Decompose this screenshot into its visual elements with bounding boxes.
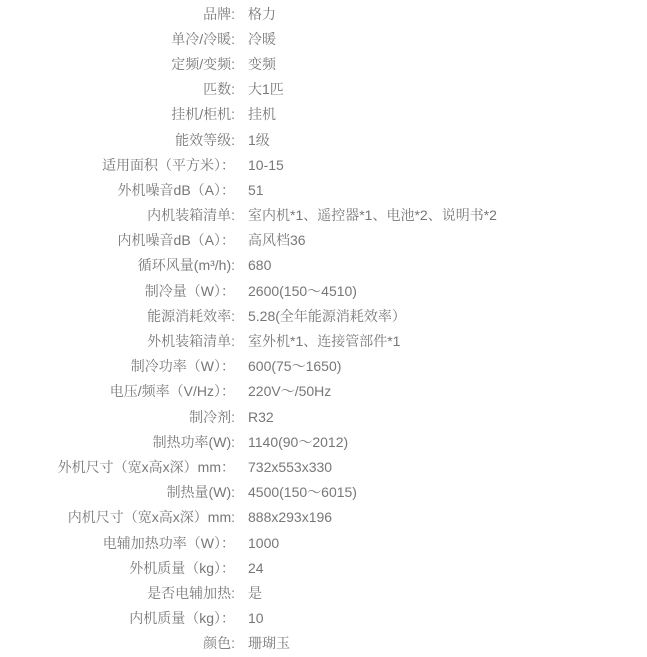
spec-value: 10-15 xyxy=(248,157,284,173)
spec-row-air-circulation: 循环风量(m³/h): 680 xyxy=(0,253,647,278)
spec-row-brand: 品牌: 格力 xyxy=(0,1,647,26)
spec-value: 732x553x330 xyxy=(248,459,332,475)
spec-row-has-auxiliary-heating: 是否电辅加热: 是 xyxy=(0,580,647,605)
spec-row-indoor-noise: 内机噪音dB（A）： 高风档36 xyxy=(0,228,647,253)
spec-row-cooling-heating-type: 单冷/冷暖: 冷暖 xyxy=(0,26,647,51)
spec-row-horsepower: 匹数: 大1匹 xyxy=(0,77,647,102)
spec-value: 冷暖 xyxy=(248,29,276,49)
spec-row-auxiliary-heating-power: 电辅加热功率（W）： 1000 xyxy=(0,530,647,555)
spec-row-indoor-packing-list: 内机装箱清单: 室内机*1、遥控器*1、电池*2、说明书*2 xyxy=(0,203,647,228)
spec-row-energy-rating: 能效等级: 1级 xyxy=(0,127,647,152)
spec-label: 定频/变频: xyxy=(0,54,235,74)
spec-value: 格力 xyxy=(248,4,276,24)
spec-row-outdoor-dimensions: 外机尺寸（宽x高x深）mm： 732x553x330 xyxy=(0,454,647,479)
spec-value: 5.28(全年能源消耗效率） xyxy=(248,306,406,326)
spec-row-outdoor-packing-list: 外机装箱清单: 室外机*1、连接管部件*1 xyxy=(0,328,647,353)
spec-row-refrigerant: 制冷剂: R32 xyxy=(0,404,647,429)
spec-value: 大1匹 xyxy=(248,79,284,99)
spec-value: 高风档36 xyxy=(248,230,306,250)
spec-label: 是否电辅加热: xyxy=(0,583,235,603)
spec-label: 制冷量（W）： xyxy=(0,281,235,301)
spec-value: 1000 xyxy=(248,535,279,551)
spec-value: R32 xyxy=(248,409,274,425)
spec-value: 室内机*1、遥控器*1、电池*2、说明书*2 xyxy=(248,205,497,225)
spec-value: 600(75～1650) xyxy=(248,356,341,376)
spec-label: 外机噪音dB（A）： xyxy=(0,180,235,200)
spec-label: 内机质量（kg）： xyxy=(0,608,235,628)
spec-row-energy-efficiency: 能源消耗效率: 5.28(全年能源消耗效率） xyxy=(0,303,647,328)
spec-label: 颜色: xyxy=(0,633,235,653)
spec-value: 2600(150～4510) xyxy=(248,281,357,301)
spec-row-color: 颜色: 珊瑚玉 xyxy=(0,631,647,656)
product-spec-table: 品牌: 格力 单冷/冷暖: 冷暖 定频/变频: 变频 匹数: 大1匹 挂机/柜机… xyxy=(0,0,647,656)
spec-label: 制热功率(W): xyxy=(0,432,235,452)
spec-row-voltage-frequency: 电压/频率（V/Hz）： 220V～/50Hz xyxy=(0,379,647,404)
spec-label: 循环风量(m³/h): xyxy=(0,255,235,275)
spec-label: 单冷/冷暖: xyxy=(0,29,235,49)
spec-label: 匹数: xyxy=(0,79,235,99)
spec-value: 1140(90～2012) xyxy=(248,432,348,452)
spec-row-cooling-power: 制冷功率（W）： 600(75～1650) xyxy=(0,354,647,379)
spec-row-outdoor-weight: 外机质量（kg）： 24 xyxy=(0,555,647,580)
spec-value: 1级 xyxy=(248,130,270,150)
spec-label: 外机装箱清单: xyxy=(0,331,235,351)
spec-row-indoor-weight: 内机质量（kg）： 10 xyxy=(0,606,647,631)
spec-value: 51 xyxy=(248,182,264,198)
spec-label: 品牌: xyxy=(0,4,235,24)
spec-row-applicable-area: 适用面积（平方米）： 10-15 xyxy=(0,152,647,177)
spec-row-frequency-type: 定频/变频: 变频 xyxy=(0,51,647,76)
spec-row-indoor-dimensions: 内机尺寸（宽x高x深）mm: 888x293x196 xyxy=(0,505,647,530)
spec-value: 24 xyxy=(248,560,264,576)
spec-value: 680 xyxy=(248,257,271,273)
spec-label: 挂机/柜机: xyxy=(0,104,235,124)
spec-label: 外机质量（kg）： xyxy=(0,558,235,578)
spec-value: 变频 xyxy=(248,54,276,74)
spec-row-heating-power: 制热功率(W): 1140(90～2012) xyxy=(0,429,647,454)
spec-label: 能源消耗效率: xyxy=(0,306,235,326)
spec-label: 制冷剂: xyxy=(0,407,235,427)
spec-label: 制热量(W): xyxy=(0,482,235,502)
spec-label: 内机噪音dB（A）： xyxy=(0,230,235,250)
spec-label: 电压/频率（V/Hz）： xyxy=(0,381,235,401)
spec-value: 挂机 xyxy=(248,104,276,124)
spec-row-cooling-capacity: 制冷量（W）： 2600(150～4510) xyxy=(0,278,647,303)
spec-label: 内机装箱清单: xyxy=(0,205,235,225)
spec-label: 适用面积（平方米）： xyxy=(0,155,235,175)
spec-value: 888x293x196 xyxy=(248,509,332,525)
spec-value: 10 xyxy=(248,610,264,626)
spec-label: 能效等级: xyxy=(0,130,235,150)
spec-label: 电辅加热功率（W）： xyxy=(0,533,235,553)
spec-value: 珊瑚玉 xyxy=(248,633,290,653)
spec-row-mount-type: 挂机/柜机: 挂机 xyxy=(0,102,647,127)
spec-value: 室外机*1、连接管部件*1 xyxy=(248,331,400,351)
spec-row-heating-capacity: 制热量(W): 4500(150～6015) xyxy=(0,480,647,505)
spec-value: 是 xyxy=(248,583,262,603)
spec-value: 4500(150～6015) xyxy=(248,482,357,502)
spec-label: 制冷功率（W）： xyxy=(0,356,235,376)
spec-value: 220V～/50Hz xyxy=(248,381,331,401)
spec-row-outdoor-noise: 外机噪音dB（A）： 51 xyxy=(0,177,647,202)
spec-label: 内机尺寸（宽x高x深）mm: xyxy=(0,507,235,527)
spec-label: 外机尺寸（宽x高x深）mm： xyxy=(0,457,235,477)
